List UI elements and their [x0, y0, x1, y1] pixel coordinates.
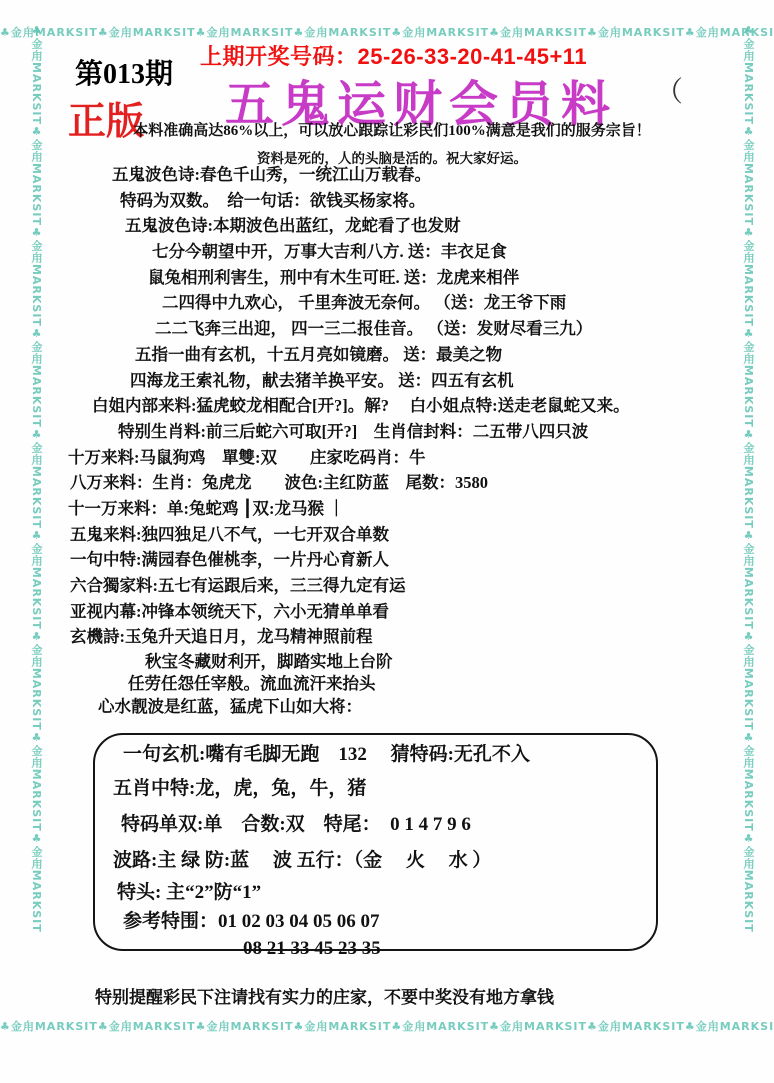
tip-sheet-page: ♣金甪MARKSIT♣金甪MARKSIT♣金甪MARKSIT♣金甪MARKSIT… — [0, 0, 774, 1083]
box-line-five-zodiac: 五肖中特:龙，虎，兔，牛，猪 — [95, 771, 656, 807]
tip-line: 四海龙王索礼物，献去猪羊换平安。 送：四五有玄机 — [0, 368, 760, 394]
box-line-wave-elements: 波路:主 绿 防:蓝 波 五行：（金 火 水 ） — [95, 843, 656, 878]
tip-line: 白姐内部来料:猛虎蛟龙相配合[开?]。解? 白小姐点特:送走老鼠蛇又来。 — [0, 393, 760, 419]
tip-line: 玄機詩:玉兔升天追日月，龙马精神照前程 — [0, 624, 760, 650]
tip-line: 五鬼来料:独四独足八不气，一七开双合单数 — [0, 522, 760, 548]
box-line-reference-numbers-2: 08 21 33 45 23 35 — [95, 936, 656, 962]
tip-line: 任劳任怨任宰般。流血流汗来抬头 — [0, 673, 760, 696]
box-line-special-head: 特头: 主“2”防“1” — [95, 878, 656, 908]
tip-line: 六合獨家料:五七有运跟后来，三三得九定有运 — [0, 573, 760, 599]
stray-paren-mark: （ — [655, 70, 683, 110]
tip-line: 二四得中九欢心， 千里奔波无奈何。 （送：龙王爷下雨 — [0, 290, 760, 316]
box-line-mystery-phrase: 一句玄机:嘴有毛脚无跑 132 猜特码:无孔不入 — [95, 739, 656, 771]
tip-line: 八万来料：生肖：兔虎龙 波色:主红防蓝 尾数：3580 — [0, 470, 760, 496]
box-line-odd-even-tail: 特码单双:单 合数:双 特尾： 0 1 4 7 9 6 — [95, 807, 656, 843]
tip-line: 一句中特:满园春色催桃李，一片丹心育新人 — [0, 547, 760, 573]
tip-line: 特码为双数。 给一句话：欲钱买杨家将。 — [0, 188, 760, 214]
tip-line: 十一万来料：单:兔蛇鸡 ┃双:龙马猴 ｜ — [0, 496, 760, 522]
tip-line: 心水靓波是红蓝，猛虎下山如大将： — [0, 696, 760, 719]
accuracy-slogan: 本料准确高达86%以上，可以放心跟踪让彩民们100%满意是我们的服务宗旨！ — [112, 119, 672, 140]
prediction-lines: 五鬼波色诗:春色千山秀，一统江山万载春。 特码为双数。 给一句话：欲钱买杨家将。… — [0, 162, 760, 718]
tip-line: 五鬼波色诗:春色千山秀，一统江山万载春。 — [0, 162, 760, 188]
tip-line: 五鬼波色诗:本期波色出蓝红，龙蛇看了也发财 — [0, 213, 760, 239]
watermark-top-border: ♣金甪MARKSIT♣金甪MARKSIT♣金甪MARKSIT♣金甪MARKSIT… — [0, 24, 774, 40]
watermark-bottom-border: ♣金甪MARKSIT♣金甪MARKSIT♣金甪MARKSIT♣金甪MARKSIT… — [0, 1018, 774, 1034]
tip-line: 十万来料:马鼠狗鸡 單雙:双 庄家吃码肖：牛 — [0, 445, 760, 471]
issue-number: 第013期 — [75, 52, 173, 92]
box-line-reference-numbers-1: 参考特围：01 02 03 04 05 06 07 — [95, 908, 656, 936]
tip-line: 亚视内幕:冲锋本领统天下，六小无猜单单看 — [0, 599, 760, 625]
tip-line: 七分今朝望中开，万事大吉利八方. 送：丰衣足食 — [0, 239, 760, 265]
tip-line: 秋宝冬藏财利开，脚踏实地上台阶 — [0, 650, 760, 673]
footer-reminder: 特别提醒彩民下注请找有实力的庄家，不要中奖没有地方拿钱 — [95, 983, 554, 1008]
special-prediction-box: 一句玄机:嘴有毛脚无跑 132 猜特码:无孔不入 五肖中特:龙，虎，兔，牛，猪 … — [93, 733, 658, 951]
tip-line: 五指一曲有玄机，十五月亮如镜磨。 送：最美之物 — [0, 342, 760, 368]
tip-line: 特别生肖料:前三后蛇六可取[开?] 生肖信封料：二五带八四只波 — [0, 419, 760, 445]
tip-line: 二二飞奔三出迎， 四一三二报佳音。 （送：发财尽看三九） — [0, 316, 760, 342]
tip-line: 鼠兔相刑利害生，刑中有木生可旺. 送：龙虎来相伴 — [0, 265, 760, 291]
